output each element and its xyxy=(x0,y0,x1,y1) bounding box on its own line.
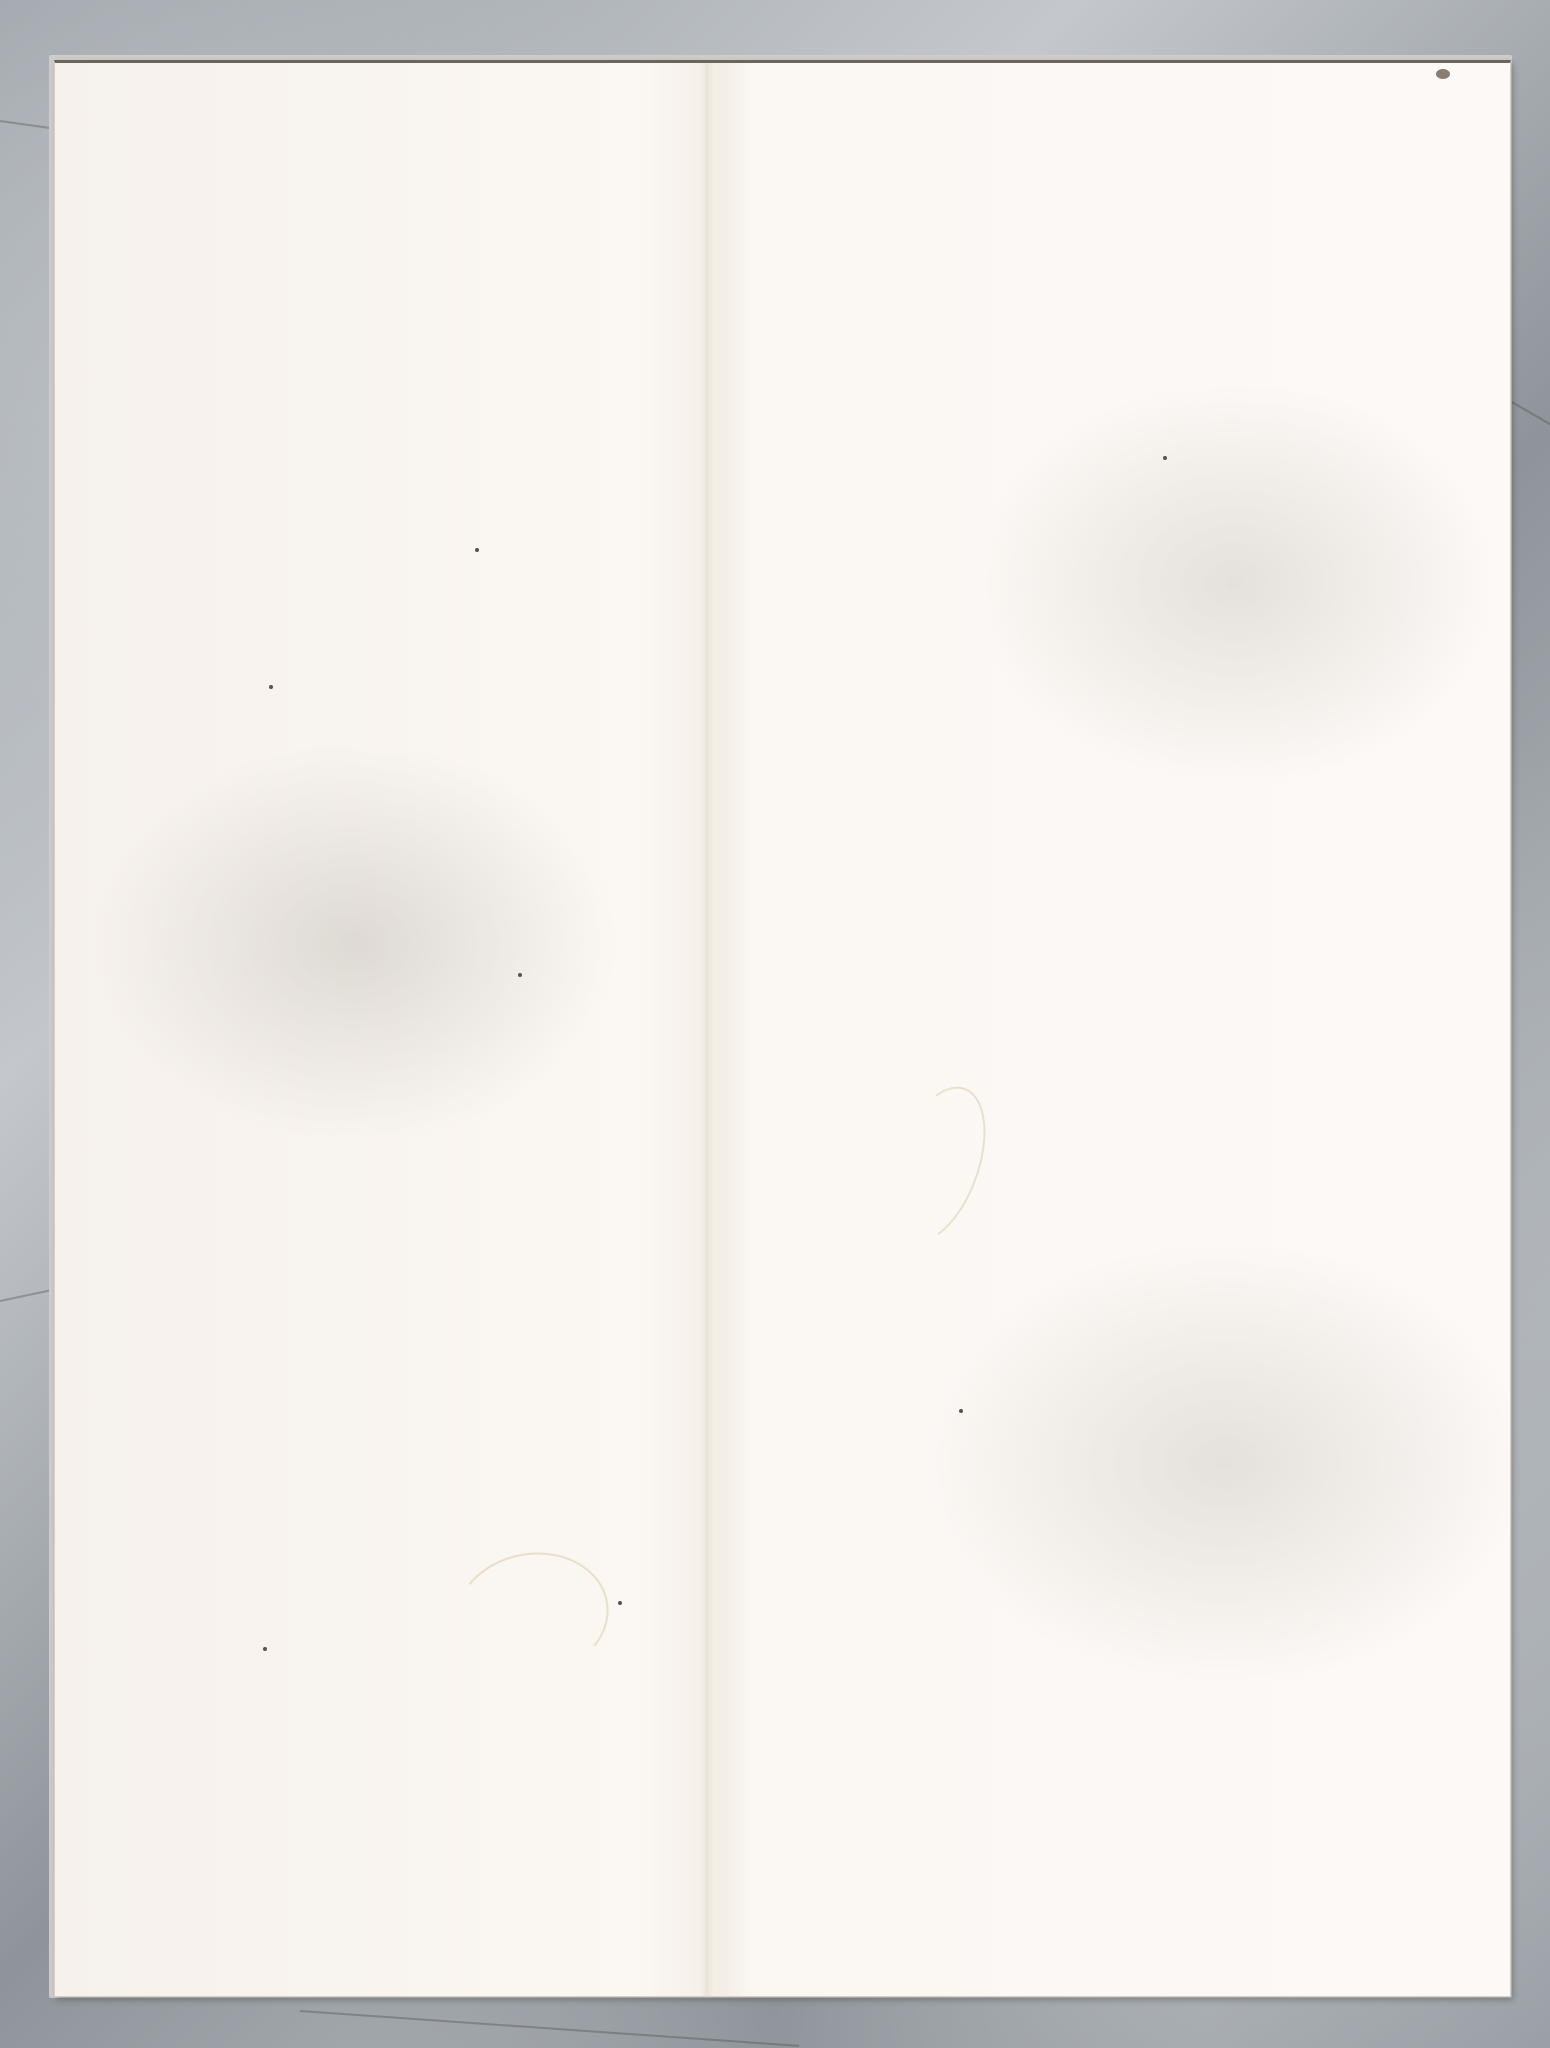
corner-stain xyxy=(1436,69,1450,79)
background-crease xyxy=(1510,400,1550,432)
speck xyxy=(263,1647,267,1651)
speck xyxy=(618,1601,622,1605)
water-stain xyxy=(445,1541,618,1690)
speck xyxy=(475,548,479,552)
water-stain xyxy=(869,1074,1004,1257)
speck xyxy=(269,685,273,689)
speck xyxy=(1163,456,1167,460)
background-crease xyxy=(300,2010,799,2047)
center-fold xyxy=(700,63,714,1996)
speck xyxy=(959,1409,963,1413)
speck xyxy=(518,973,522,977)
blank-paper-sheet xyxy=(54,60,1511,1997)
